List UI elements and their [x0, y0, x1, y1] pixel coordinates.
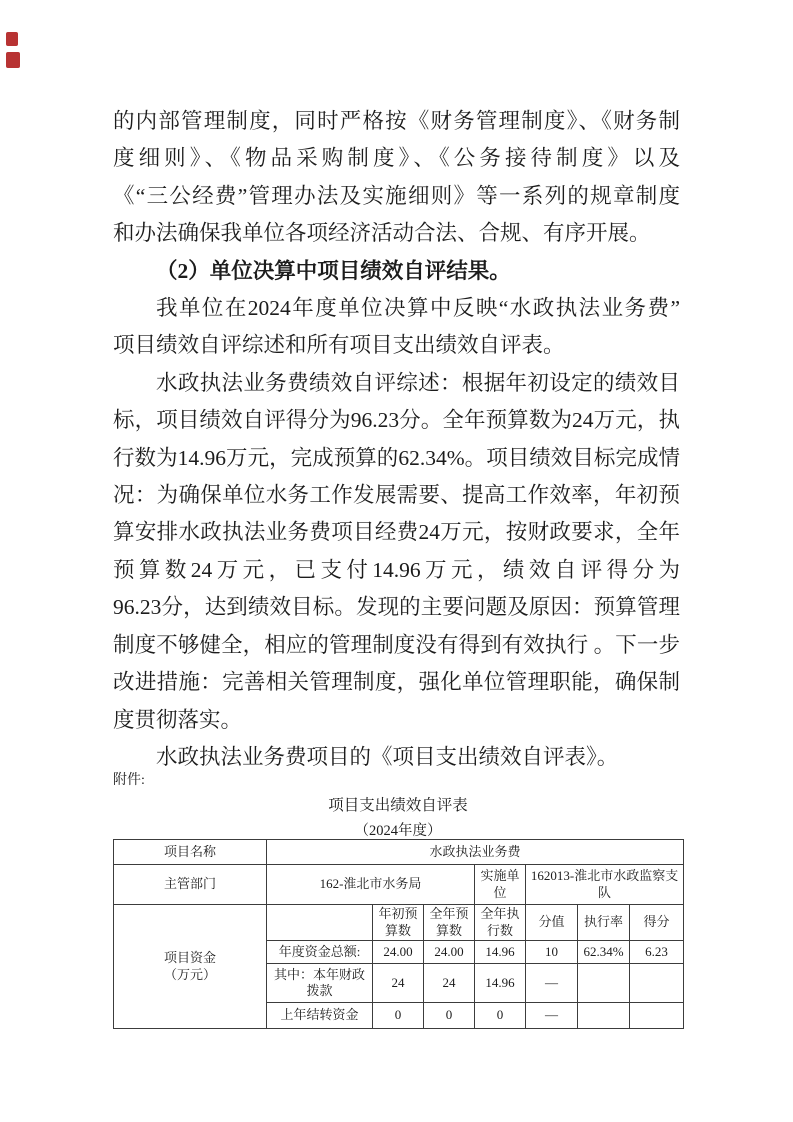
table-header-row: 项目资金 （万元） 年初预算数 全年预算数 全年执行数 分值 执行率 得分 — [114, 905, 684, 941]
body-line-13: 预算数24万元，已支付14.96万元，绩效自评得分为 — [113, 552, 680, 589]
cell-value — [578, 964, 630, 1003]
cell-value: 6.23 — [630, 941, 684, 964]
attachment-label: 附件: — [113, 769, 145, 789]
body-line-9: 标，项目绩效自评得分为96.23分。全年预算数为24万元，执 — [113, 402, 680, 439]
body-line-10: 行数为14.96万元，完成预算的62.34%。项目绩效目标完成情 — [113, 440, 680, 477]
table-row: 项目名称 水政执法业务费 — [114, 840, 684, 865]
red-stamp-mark-top — [6, 32, 18, 46]
attachment-table-title: 项目支出绩效自评表 — [113, 793, 683, 815]
cell-value: 62.34% — [578, 941, 630, 964]
cell-value: 24.00 — [424, 941, 475, 964]
table-row: 主管部门 162-淮北市水务局 实施单位 162013-淮北市水政监察支队 — [114, 865, 684, 905]
cell-value: 14.96 — [475, 941, 526, 964]
empty-corner-cell — [267, 905, 373, 941]
project-name-label-cell: 项目名称 — [114, 840, 267, 865]
attachment-table-year: （2024年度） — [113, 819, 683, 840]
row-label-fiscal-allocation: 其中：本年财政拨款 — [267, 964, 373, 1003]
document-page: 的内部管理制度，同时严格按《财务管理制度》、《财务制度细则》、《物品采购制度》、… — [0, 0, 793, 1122]
cell-value: 24 — [424, 964, 475, 1003]
cell-value: — — [526, 1003, 578, 1029]
body-line-4: 和办法确保我单位各项经济活动合法、合规、有序开展。 — [113, 215, 680, 252]
dept-label-cell: 主管部门 — [114, 865, 267, 905]
col-header-initial-budget: 年初预算数 — [373, 905, 424, 941]
body-line-17: 度贯彻落实。 — [113, 702, 680, 739]
cell-value: 14.96 — [475, 964, 526, 1003]
body-line-6: 我单位在2024年度单位决算中反映“水政执法业务费” — [113, 290, 680, 327]
row-label-carryover: 上年结转资金 — [267, 1003, 373, 1029]
cell-value: — — [526, 964, 578, 1003]
cell-value: 0 — [475, 1003, 526, 1029]
col-header-annual-budget: 全年预算数 — [424, 905, 475, 941]
impl-unit-value-cell: 162013-淮北市水政监察支队 — [526, 865, 684, 905]
col-header-score: 得分 — [630, 905, 684, 941]
body-line-7: 项目绩效自评综述和所有项目支出绩效自评表。 — [113, 327, 680, 364]
cell-value: 0 — [373, 1003, 424, 1029]
col-header-score-value: 分值 — [526, 905, 578, 941]
cell-value — [630, 964, 684, 1003]
cell-value: 0 — [424, 1003, 475, 1029]
body-line-2: 度细则》、《物品采购制度》、《公务接待制度》以及 — [113, 140, 680, 177]
cell-value: 24.00 — [373, 941, 424, 964]
project-name-value-cell: 水政执法业务费 — [267, 840, 684, 865]
cell-value — [578, 1003, 630, 1029]
body-line-3: 《“三公经费”管理办法及实施细则》等一系列的规章制度 — [113, 178, 680, 215]
body-line-14: 96.23分，达到绩效目标。发现的主要问题及原因：预算管理 — [113, 589, 680, 626]
dept-value-cell: 162-淮北市水务局 — [267, 865, 475, 905]
body-line-8: 水政执法业务费绩效自评综述：根据年初设定的绩效目 — [113, 365, 680, 402]
performance-self-eval-table: 项目名称 水政执法业务费 主管部门 162-淮北市水务局 实施单位 162013… — [113, 839, 684, 1029]
impl-unit-label-cell: 实施单位 — [475, 865, 526, 905]
body-line-1: 的内部管理制度，同时严格按《财务管理制度》、《财务制 — [113, 103, 680, 140]
row-label-annual-total: 年度资金总额: — [267, 941, 373, 964]
cell-value — [630, 1003, 684, 1029]
red-stamp-mark-bottom — [6, 52, 20, 68]
project-funds-label-line1: 项目资金 — [164, 950, 216, 965]
body-text-block: 的内部管理制度，同时严格按《财务管理制度》、《财务制度细则》、《物品采购制度》、… — [113, 103, 680, 776]
cell-value: 24 — [373, 964, 424, 1003]
body-line-5: （2）单位决算中项目绩效自评结果。 — [113, 253, 680, 290]
body-line-12: 算安排水政执法业务费项目经费24万元，按财政要求，全年 — [113, 514, 680, 551]
body-line-18: 水政执法业务费项目的《项目支出绩效自评表》。 — [113, 739, 680, 776]
body-line-16: 改进措施：完善相关管理制度，强化单位管理职能，确保制 — [113, 664, 680, 701]
col-header-execution-rate: 执行率 — [578, 905, 630, 941]
col-header-annual-execution: 全年执行数 — [475, 905, 526, 941]
body-line-11: 况：为确保单位水务工作发展需要、提高工作效率，年初预 — [113, 477, 680, 514]
project-funds-label-line2: （万元） — [164, 967, 216, 982]
project-funds-section-cell: 项目资金 （万元） — [114, 905, 267, 1029]
body-line-15: 制度不够健全，相应的管理制度没有得到有效执行 。下一步 — [113, 627, 680, 664]
cell-value: 10 — [526, 941, 578, 964]
